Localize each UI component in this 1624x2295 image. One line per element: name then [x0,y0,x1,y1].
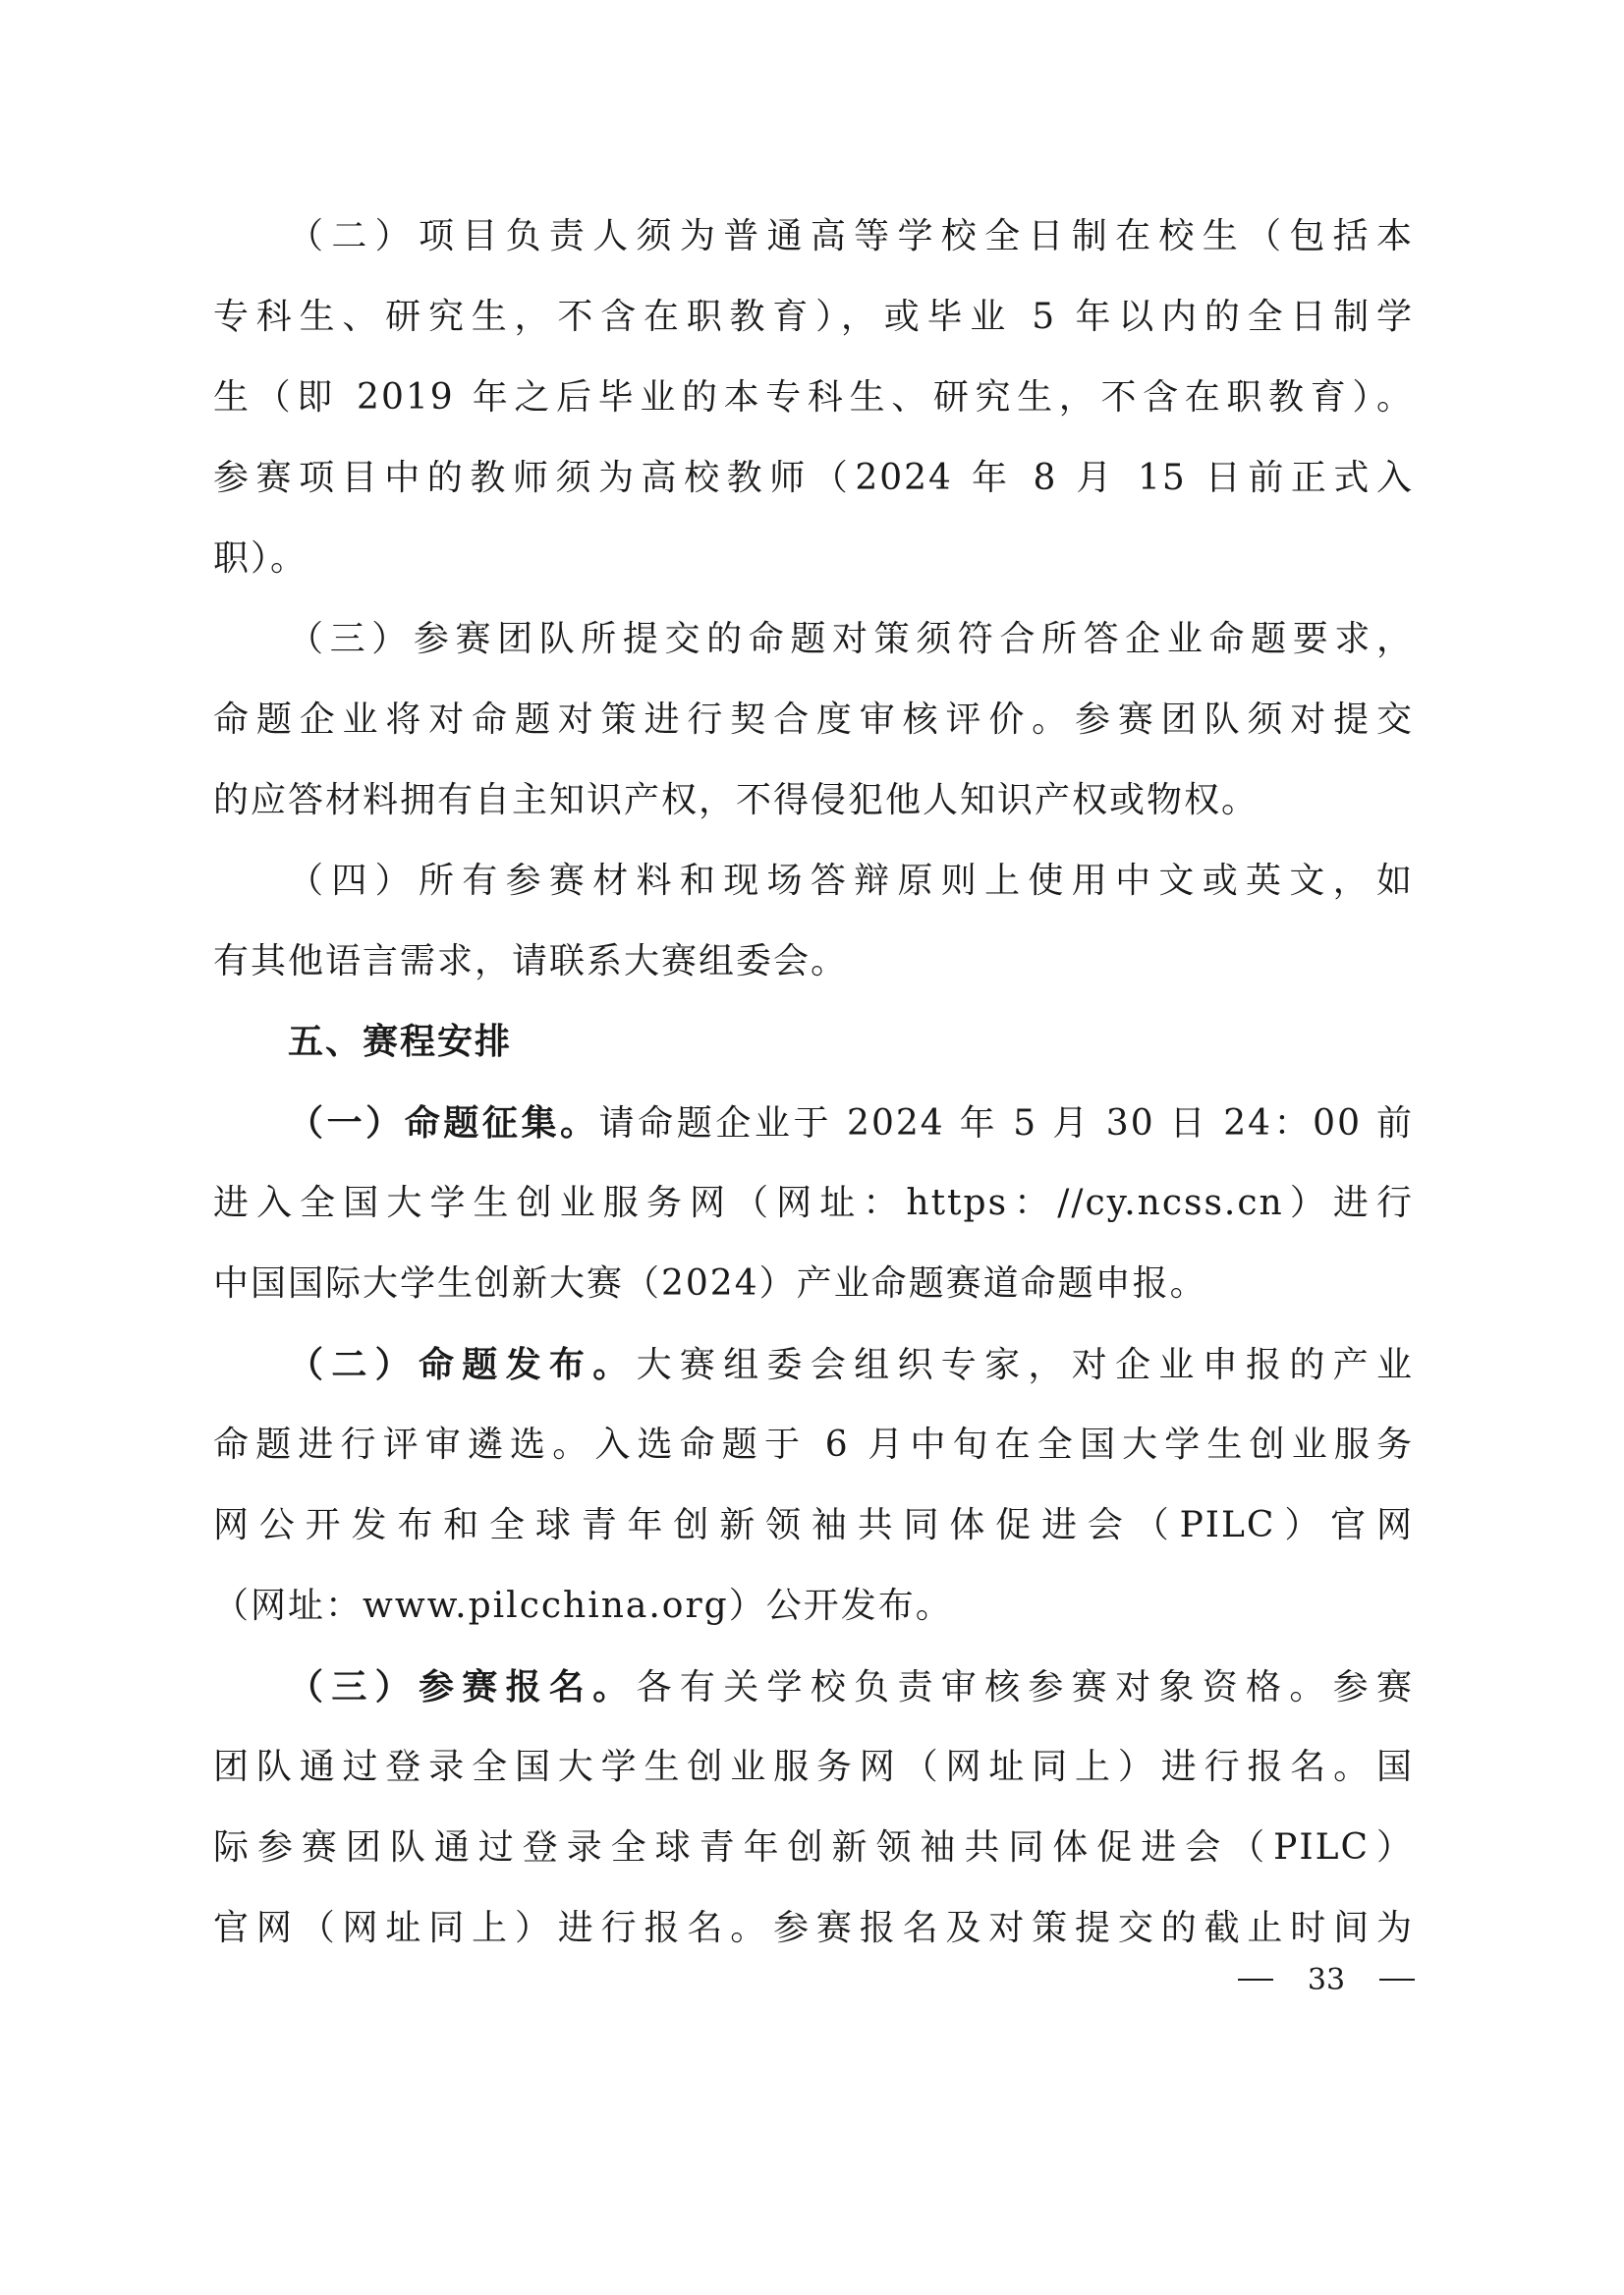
paragraph-submission-requirements: （三）参赛团队所提交的命题对策须符合所答企业命题要求， 命题企业将对命题对策进行… [213,604,1414,846]
text-line: 的应答材料拥有自主知识产权，不得侵犯他人知识产权或物权。 [213,765,1414,846]
page-number: 33 [1308,1963,1345,1997]
paragraph-lead: （二）命题发布。 [288,1344,637,1385]
text-line: 命题进行评审遴选。入选命题于 6 月中旬在全国大学生创业服务 [213,1410,1414,1490]
footer-dash-right [1379,1979,1415,1981]
text-line: （二）项目负责人须为普通高等学校全日制在校生（包括本 [213,201,1414,282]
text-line: （三）参赛团队所提交的命题对策须符合所答企业命题要求， [213,604,1414,685]
text-line: （二）命题发布。大赛组委会组织专家，对企业申报的产业 [213,1329,1414,1410]
text-line: 有其他语言需求，请联系大赛组委会。 [213,926,1414,1007]
text-span: 大赛组委会组织专家，对企业申报的产业 [637,1345,1414,1385]
text-span: 各有关学校负责审核参赛对象资格。参赛 [637,1667,1414,1707]
footer-dash-left [1238,1979,1273,1981]
text-line: 参赛项目中的教师须为高校教师（2024 年 8 月 15 日前正式入 [213,443,1414,524]
text-span: 请命题企业于 2024 年 5 月 30 日 24：00 前 [599,1103,1414,1144]
paragraph-schedule-topic-release: （二）命题发布。大赛组委会组织专家，对企业申报的产业 命题进行评审遴选。入选命题… [213,1329,1414,1651]
paragraph-schedule-registration: （三）参赛报名。各有关学校负责审核参赛对象资格。参赛 团队通过登录全国大学生创业… [213,1651,1414,1974]
section-heading: 五、赛程安排 [213,1007,1414,1088]
text-line: 进入全国大学生创业服务网（网址：https：//cy.ncss.cn）进行 [213,1168,1414,1249]
text-line: 专科生、研究生，不含在职教育），或毕业 5 年以内的全日制学 [213,282,1414,363]
text-line: 职）。 [213,524,1414,604]
text-line: （四）所有参赛材料和现场答辩原则上使用中文或英文，如 [213,846,1414,926]
text-line: 生（即 2019 年之后毕业的本专科生、研究生，不含在职教育）。 [213,363,1414,443]
text-line: （三）参赛报名。各有关学校负责审核参赛对象资格。参赛 [213,1651,1414,1732]
text-line: （一）命题征集。请命题企业于 2024 年 5 月 30 日 24：00 前 [213,1088,1414,1168]
text-line: 官网（网址同上）进行报名。参赛报名及对策提交的截止时间为 [213,1893,1414,1974]
paragraph-lead: （三）参赛报名。 [288,1666,637,1707]
text-line: 网公开发布和全球青年创新领袖共同体促进会（PILC）官网 [213,1490,1414,1571]
text-line: （网址：www.pilcchina.org）公开发布。 [213,1571,1414,1651]
text-line: 团队通过登录全国大学生创业服务网（网址同上）进行报名。国 [213,1732,1414,1813]
text-line: 中国国际大学生创新大赛（2024）产业命题赛道命题申报。 [213,1249,1414,1329]
paragraph-schedule-topic-collection: （一）命题征集。请命题企业于 2024 年 5 月 30 日 24：00 前 进… [213,1088,1414,1329]
document-body: （二）项目负责人须为普通高等学校全日制在校生（包括本 专科生、研究生，不含在职教… [213,201,1414,1974]
page-footer: 33 [1238,1950,1415,2009]
paragraph-eligibility-leader: （二）项目负责人须为普通高等学校全日制在校生（包括本 专科生、研究生，不含在职教… [213,201,1414,604]
text-line: 际参赛团队通过登录全球青年创新领袖共同体促进会（PILC） [213,1813,1414,1893]
text-line: 命题企业将对命题对策进行契合度审核评价。参赛团队须对提交 [213,685,1414,765]
document-page: （二）项目负责人须为普通高等学校全日制在校生（包括本 专科生、研究生，不含在职教… [0,0,1624,2295]
paragraph-language: （四）所有参赛材料和现场答辩原则上使用中文或英文，如 有其他语言需求，请联系大赛… [213,846,1414,1007]
paragraph-lead: （一）命题征集。 [288,1102,599,1144]
